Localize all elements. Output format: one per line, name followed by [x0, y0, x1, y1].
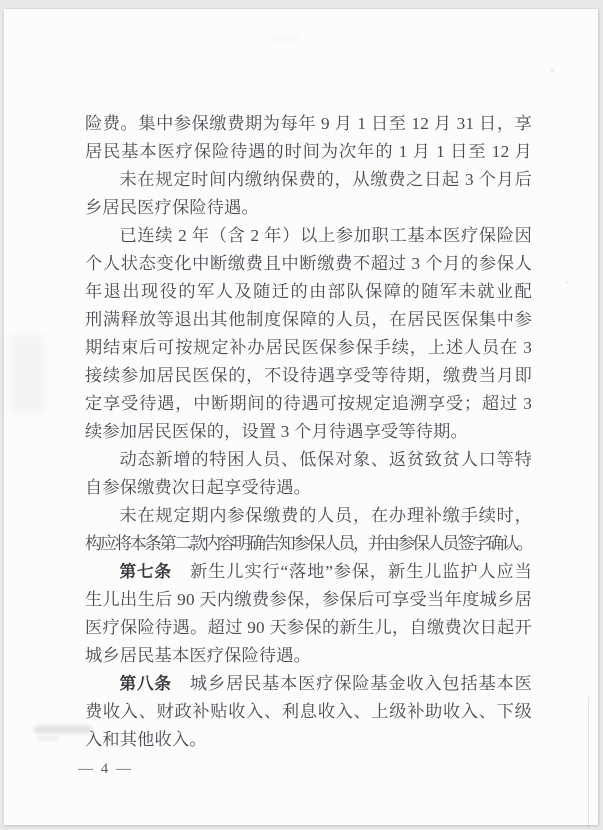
page-number: — 4 —	[78, 761, 133, 778]
text-run: 入和其他收入。	[85, 730, 207, 749]
document-body: 险费。集中参保缴费期为每年 9 月 1 日至 12 月 31 日，享受城乡居民基…	[85, 110, 532, 754]
text-line: 第七条 新生儿实行“落地”参保，新生儿监护人应当在新	[85, 558, 532, 586]
text-run: 接续参加居民医保的，不设待遇享受等待期，缴费当月即可按规	[85, 366, 532, 390]
scan-streak	[588, 697, 589, 829]
article-heading: 第七条	[120, 562, 172, 581]
text-run: 医疗保险待遇。超过 90 天参保的新生儿，自缴费次日起开始享受	[85, 618, 532, 642]
text-line: 城乡居民基本医疗保险待遇。	[85, 642, 532, 670]
text-line: 动态新增的特困人员、低保对象、返贫致贫人口等特殊群体，	[85, 446, 532, 474]
text-run: 续参加居民医保的，设置 3 个月待遇享受等待期。	[85, 422, 468, 441]
text-run: 刑满释放等退出其他制度保障的人员，在居民医保集中参保缴费	[85, 310, 532, 334]
text-run: 生儿出生后 90 天内缴费参保，参保后可享受当年度城乡居民基本	[85, 590, 532, 614]
text-run: 居民基本医疗保险待遇的时间为次年的 1 月 1 日至 12 月 31 日。	[85, 142, 532, 166]
text-line: 险费。集中参保缴费期为每年 9 月 1 日至 12 月 31 日，享受城乡	[85, 110, 532, 138]
text-run: 自参保缴费次日起享受待遇。	[85, 478, 311, 497]
text-run: 险费。集中参保缴费期为每年 9 月 1 日至 12 月 31 日，享受城乡	[85, 114, 532, 138]
text-line: 构应将本条第二款内容明确告知参保人员，并由参保人员签字确认。	[85, 530, 532, 558]
text-run: 个人状态变化中断缴费且中断缴费不超过 3 个月的参保人员，当	[85, 254, 532, 278]
text-run: 动态新增的特困人员、低保对象、返贫致贫人口等特殊群体，	[85, 450, 532, 474]
text-line: 医疗保险待遇。超过 90 天参保的新生儿，自缴费次日起开始享受	[85, 614, 532, 642]
text-line: 生儿出生后 90 天内缴费参保，参保后可享受当年度城乡居民基本	[85, 586, 532, 614]
text-line: 入和其他收入。	[85, 726, 532, 754]
scan-bleed-through	[10, 334, 44, 414]
text-run: 年退出现役的军人及随迁的由部队保障的随军未就业配偶，以及	[85, 282, 532, 306]
scan-speck	[272, 37, 298, 40]
text-line: 第八条 城乡居民基本医疗保险基金收入包括基本医疗保险	[85, 670, 532, 698]
text-run: 期结束后可按规定补办居民医保参保手续，上述人员在 3 个月内	[85, 338, 532, 362]
article-heading: 第八条	[120, 674, 172, 693]
text-run: 已连续 2 年（含 2 年）以上参加职工基本医疗保险因就业等	[85, 226, 532, 250]
text-line: 年退出现役的军人及随迁的由部队保障的随军未就业配偶，以及	[85, 278, 532, 306]
scan-smudge	[34, 726, 92, 733]
text-line: 未在规定时间内缴纳保费的，从缴费之日起 3 个月后享受城	[85, 166, 532, 194]
text-run: 费收入、财政补贴收入、利息收入、上级补助收入、下级上解收	[85, 702, 532, 726]
text-run: 构应将本条第二款内容明确告知参保人员，并由参保人员签字确认。	[85, 534, 532, 553]
scan-speck	[566, 281, 568, 284]
text-line: 续参加居民医保的，设置 3 个月待遇享受等待期。	[85, 418, 532, 446]
scan-speck	[551, 69, 554, 72]
text-line: 已连续 2 年（含 2 年）以上参加职工基本医疗保险因就业等	[85, 222, 532, 250]
text-run: 未在规定时间内缴纳保费的，从缴费之日起 3 个月后享受城	[85, 170, 532, 194]
text-line: 接续参加居民医保的，不设待遇享受等待期，缴费当月即可按规	[85, 362, 532, 390]
scan-smudge	[37, 737, 59, 740]
text-line: 个人状态变化中断缴费且中断缴费不超过 3 个月的参保人员，当	[85, 250, 532, 278]
text-run: 未在规定期内参保缴费的人员，在办理补缴手续时，办理机	[85, 506, 532, 530]
text-line: 定享受待遇，中断期间的待遇可按规定追溯享受；超过 3 个月接	[85, 390, 532, 418]
text-run: 定享受待遇，中断期间的待遇可按规定追溯享受；超过 3 个月接	[85, 394, 532, 418]
text-run: 乡居民医疗保险待遇。	[85, 198, 259, 217]
text-line: 费收入、财政补贴收入、利息收入、上级补助收入、下级上解收	[85, 698, 532, 726]
text-line: 居民基本医疗保险待遇的时间为次年的 1 月 1 日至 12 月 31 日。	[85, 138, 532, 166]
text-line: 乡居民医疗保险待遇。	[85, 194, 532, 222]
text-line: 期结束后可按规定补办居民医保参保手续，上述人员在 3 个月内	[85, 334, 532, 362]
document-page: 险费。集中参保缴费期为每年 9 月 1 日至 12 月 31 日，享受城乡居民基…	[4, 9, 598, 825]
text-line: 未在规定期内参保缴费的人员，在办理补缴手续时，办理机	[85, 502, 532, 530]
text-line: 刑满释放等退出其他制度保障的人员，在居民医保集中参保缴费	[85, 306, 532, 334]
text-line: 自参保缴费次日起享受待遇。	[85, 474, 532, 502]
text-run: 城乡居民基本医疗保险待遇。	[85, 646, 311, 665]
